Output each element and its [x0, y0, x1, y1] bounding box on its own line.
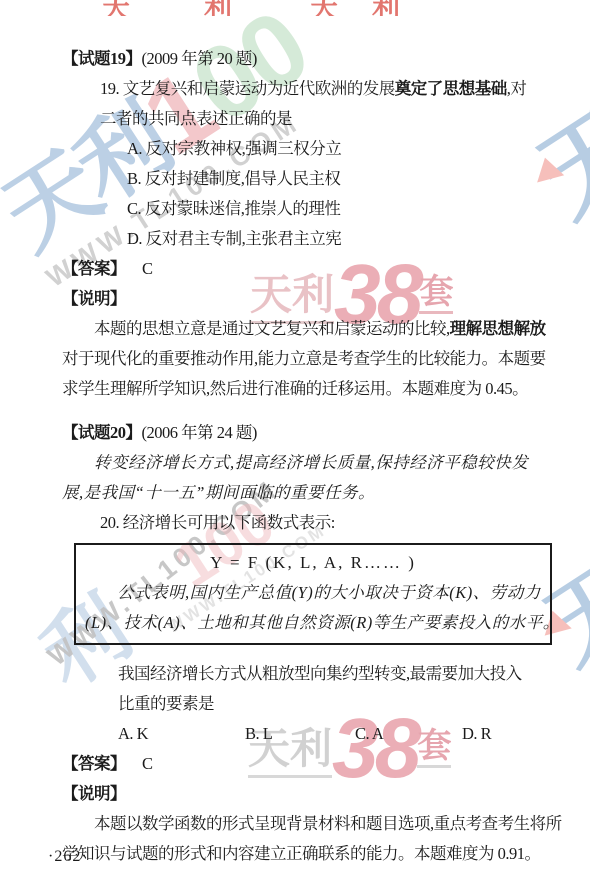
q19-stem-bold: 奠定了思想基础	[395, 79, 507, 98]
q20-stem: 20. 经济增长可用以下函数式表示:	[100, 508, 532, 538]
page-content: 【试题19】(2009 年第 20 题) 19. 文艺复兴和启蒙运动为近代欧洲的…	[0, 0, 590, 869]
scanned-exam-page: 天 利 天 利 天利100 WWW.TL100.COM 天利38套 天利38套 …	[0, 0, 590, 896]
q20-answer-tag: 【答案】	[62, 754, 126, 773]
q19-option-c: C. 反对蒙昧迷信,推崇人的理性	[127, 194, 532, 224]
q19-answer-row: 【答案】C	[62, 254, 532, 284]
q19-note-tag: 【说明】	[62, 284, 532, 314]
formula-note-line2: (L)、技术(A)、土地和其他自然资源(R)等生产要素投入的水平。	[85, 608, 541, 638]
q20-note-line2: 学知识与试题的形式和内容建立正确联系的能力。本题难度为 0.91。	[62, 839, 532, 869]
q19-note-line3: 求学生理解所学知识,然后进行准确的迁移运用。本题难度为 0.45。	[62, 374, 532, 404]
q20-note-tag: 【说明】	[62, 779, 532, 809]
q20-option-d: D. R	[462, 719, 491, 749]
page-number: ·262·	[48, 848, 88, 866]
q19-stem-line2: 二者的共同点表述正确的是	[100, 104, 532, 134]
q19-header-source: (2009 年第 20 题)	[142, 49, 257, 68]
q19-note-line2: 对于现代化的重要推动作用,能力立意是考查学生的比较能力。本题要	[62, 344, 532, 374]
section-gap	[62, 404, 532, 418]
q20-header-source: (2006 年第 24 题)	[142, 423, 257, 442]
q19-note-line1: 本题的思想立意是通过文艺复兴和启蒙运动的比较,理解思想解放	[62, 314, 532, 344]
q19-stem-line1: 19. 文艺复兴和启蒙运动为近代欧洲的发展奠定了思想基础,对	[100, 74, 532, 104]
q20-intro-line2: 展,是我国“十一五”期间面临的重要任务。	[62, 478, 532, 508]
q19-answer-value: C	[142, 259, 153, 278]
section-gap	[62, 645, 532, 659]
q20-header-tag: 【试题20】	[62, 423, 142, 442]
production-function-formula: Y = F (K, L, A, R…… )	[85, 548, 541, 578]
formula-note-line1: 公式表明,国内生产总值(Y)的大小取决于资本(K)、劳动力	[85, 578, 541, 608]
q19-header-tag: 【试题19】	[62, 49, 142, 68]
q20-answer-row: 【答案】C	[62, 749, 532, 779]
q20-option-a: A. K	[118, 719, 245, 749]
q20-header: 【试题20】(2006 年第 24 题)	[62, 418, 532, 448]
q20-intro-line1: 转变经济增长方式,提高经济增长质量,保持经济平稳较快发	[62, 448, 532, 478]
q19-header: 【试题19】(2009 年第 20 题)	[62, 44, 532, 74]
q19-note-bold: 理解思想解放	[450, 319, 546, 338]
q20-question-line2: 比重的要素是	[118, 689, 532, 719]
q20-question-line1: 我国经济增长方式从粗放型向集约型转变,最需要加大投入	[118, 659, 532, 689]
q20-answer-value: C	[142, 754, 153, 773]
q20-option-b: B. L	[245, 719, 355, 749]
q20-note-line1: 本题以数学函数的形式呈现背景材料和题目选项,重点考查考生将所	[62, 809, 532, 839]
q19-option-b: B. 反对封建制度,倡导人民主权	[127, 164, 532, 194]
q19-option-d: D. 反对君主专制,主张君主立宪	[127, 224, 532, 254]
q19-answer-tag: 【答案】	[62, 259, 126, 278]
q20-options-row: A. K B. L C. A D. R	[118, 719, 532, 749]
formula-box: Y = F (K, L, A, R…… ) 公式表明,国内生产总值(Y)的大小取…	[74, 543, 552, 645]
q19-option-a: A. 反对宗教神权,强调三权分立	[127, 134, 532, 164]
q20-option-c: C. A	[355, 719, 462, 749]
